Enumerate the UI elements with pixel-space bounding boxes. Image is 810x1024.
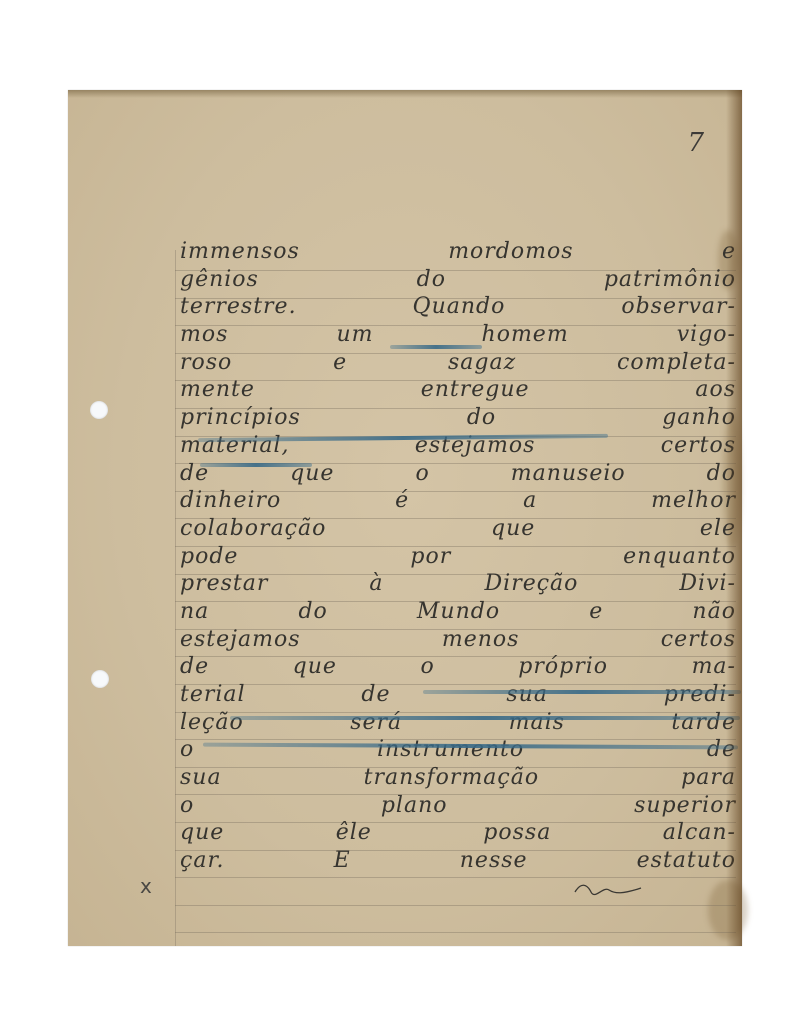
ruled-line — [175, 905, 736, 906]
handwritten-line: queêlepossaalcan- — [180, 819, 736, 847]
punch-hole-upper — [90, 401, 108, 419]
handwritten-word: ma- — [692, 653, 736, 681]
handwritten-word: será — [350, 709, 402, 737]
handwritten-word: que — [293, 653, 337, 681]
handwritten-word: superior — [634, 792, 736, 820]
handwritten-word: colaboração — [180, 515, 326, 543]
handwritten-word: leção — [180, 709, 244, 737]
handwritten-line: prestaràDireçãoDivi- — [180, 570, 736, 598]
handwritten-line: çar.Enesseestatuto — [180, 847, 736, 875]
handwritten-word: mais — [509, 709, 565, 737]
handwritten-word: observar- — [621, 293, 736, 321]
handwritten-word: homem — [482, 321, 569, 349]
handwritten-word: é — [395, 487, 409, 515]
handwritten-word: do — [298, 598, 327, 626]
handwritten-line: dequeopróprioma- — [180, 653, 736, 681]
handwritten-word: ele — [700, 515, 736, 543]
handwritten-word: de — [361, 681, 390, 709]
handwritten-word: o — [180, 792, 194, 820]
handwritten-word: dinheiro — [180, 487, 281, 515]
handwritten-line: terrestre.Quandoobservar- — [180, 293, 736, 321]
manuscript-page: 7 x immensosmordomosegêniosdopatrimôniot… — [68, 90, 742, 946]
handwritten-word: gênios — [180, 266, 259, 294]
handwritten-word: roso — [180, 349, 232, 377]
handwritten-word: estejamos — [180, 626, 301, 654]
handwritten-word: do — [707, 460, 736, 488]
water-stain — [708, 880, 748, 940]
handwritten-word: o — [420, 653, 434, 681]
handwritten-line: oinstrumentode — [180, 736, 736, 764]
handwritten-word: melhor — [651, 487, 736, 515]
handwritten-word: mente — [180, 376, 255, 404]
burn-stain — [723, 410, 741, 550]
margin-x-mark: x — [140, 874, 152, 898]
handwritten-word: e — [722, 238, 736, 266]
handwritten-word: completa- — [617, 349, 736, 377]
handwritten-word: Mundo — [417, 598, 500, 626]
handwritten-word: Quando — [413, 293, 506, 321]
handwritten-word: ganho — [662, 404, 736, 432]
handwritten-word: menos — [442, 626, 520, 654]
ruled-line — [175, 877, 736, 878]
handwritten-word: enquanto — [623, 543, 736, 571]
handwritten-line: menteentregueaos — [180, 376, 736, 404]
blue-underline-sua-predilecao — [230, 716, 740, 720]
handwritten-word: do — [417, 266, 446, 294]
handwritten-word: alcan- — [663, 819, 736, 847]
handwritten-word: de — [180, 653, 209, 681]
handwritten-text: immensosmordomosegêniosdopatrimônioterre… — [180, 238, 736, 875]
handwritten-word: possa — [483, 819, 551, 847]
handwritten-line: terialdesuapredi- — [180, 681, 736, 709]
handwritten-word: estatuto — [637, 847, 736, 875]
handwritten-word: certos — [661, 626, 736, 654]
handwritten-line: podeporenquanto — [180, 543, 736, 571]
handwritten-word: e — [589, 598, 603, 626]
handwritten-word: o — [180, 736, 194, 764]
handwritten-word: tarde — [671, 709, 736, 737]
handwritten-line: suatransformaçãopara — [180, 764, 736, 792]
handwritten-line: princípiosdoganho — [180, 404, 736, 432]
handwritten-word: entregue — [421, 376, 530, 404]
handwritten-word: próprio — [518, 653, 608, 681]
pencil-squiggle — [573, 880, 643, 898]
handwritten-word: transformação — [364, 764, 540, 792]
handwritten-word: para — [681, 764, 736, 792]
punch-hole-lower — [91, 670, 109, 688]
handwritten-word: terial — [180, 681, 246, 709]
handwritten-line: oplanosuperior — [180, 792, 736, 820]
handwritten-word: um — [336, 321, 373, 349]
blue-underline-material — [200, 463, 312, 467]
handwritten-word: êle — [336, 819, 372, 847]
margin-rule — [175, 250, 176, 946]
handwritten-word: sua — [180, 764, 222, 792]
handwritten-word: vigo- — [677, 321, 736, 349]
handwritten-word: pode — [180, 543, 238, 571]
handwritten-word: não — [692, 598, 736, 626]
handwritten-word: de — [707, 736, 736, 764]
handwritten-word: a — [523, 487, 537, 515]
handwritten-line: immensosmordomose — [180, 238, 736, 266]
handwritten-word: mordomos — [448, 238, 573, 266]
handwritten-line: leçãoserámaistarde — [180, 709, 736, 737]
handwritten-line: dinheiroéamelhor — [180, 487, 736, 515]
handwritten-word: que — [491, 515, 535, 543]
handwritten-word: terrestre. — [180, 293, 297, 321]
handwritten-word: immensos — [180, 238, 300, 266]
handwritten-word: mos — [180, 321, 228, 349]
handwritten-word: material, — [180, 432, 290, 460]
handwritten-word: sua — [506, 681, 548, 709]
handwritten-line: rosoesagazcompleta- — [180, 349, 736, 377]
handwritten-word: çar. — [180, 847, 225, 875]
handwritten-word: o — [415, 460, 429, 488]
handwritten-word: prestar — [180, 570, 268, 598]
handwritten-word: aos — [695, 376, 736, 404]
handwritten-word: certos — [661, 432, 736, 460]
handwritten-word: E — [334, 847, 351, 875]
handwritten-line: estejamosmenoscertos — [180, 626, 736, 654]
handwritten-word: na — [180, 598, 209, 626]
handwritten-word: Divi- — [679, 570, 736, 598]
handwritten-word: Direção — [485, 570, 579, 598]
blue-underline-homem — [390, 345, 482, 349]
handwritten-line: nadoMundoenão — [180, 598, 736, 626]
handwritten-word: manuseio — [511, 460, 626, 488]
handwritten-word: à — [369, 570, 383, 598]
blue-underline-proprio-material — [423, 690, 741, 694]
page-number: 7 — [687, 128, 704, 158]
handwritten-line: gêniosdopatrimônio — [180, 266, 736, 294]
handwritten-word: predi- — [664, 681, 736, 709]
handwritten-word: plano — [381, 792, 448, 820]
handwritten-word: instrumento — [377, 736, 524, 764]
handwritten-word: por — [410, 543, 451, 571]
handwritten-word: nesse — [460, 847, 528, 875]
ruled-line — [175, 932, 736, 933]
handwritten-word: que — [180, 819, 224, 847]
handwritten-word: patrimônio — [604, 266, 736, 294]
handwritten-line: colaboraçãoqueele — [180, 515, 736, 543]
handwritten-word: princípios — [180, 404, 301, 432]
handwritten-word: sagaz — [448, 349, 516, 377]
handwritten-word: e — [333, 349, 347, 377]
handwritten-word: do — [467, 404, 496, 432]
